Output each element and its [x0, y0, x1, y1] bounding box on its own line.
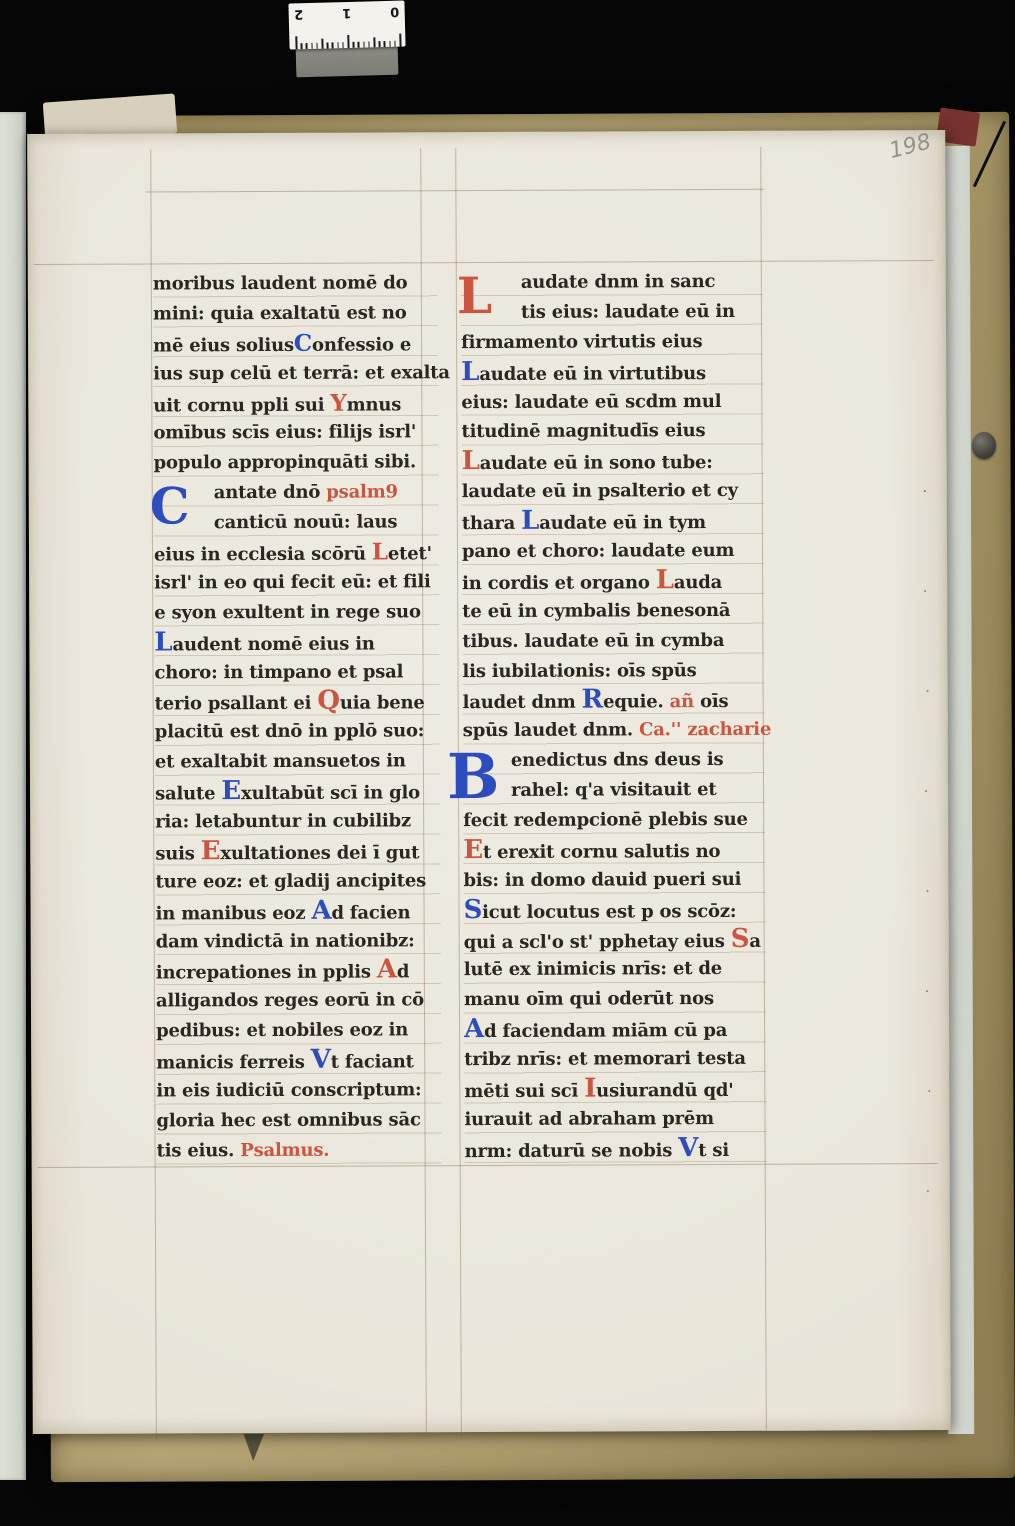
colored-initial: Y [330, 389, 346, 416]
text-segment: psalm9 [326, 482, 398, 503]
colored-initial: A [311, 895, 331, 925]
text-segment: placitū est dnō in pplō suo: [155, 721, 425, 743]
text-segment: canticū nouū: laus [214, 512, 398, 534]
text-line: canticū nouū: laus [154, 507, 439, 538]
text-line: Cantate dnō psalm9 [154, 477, 439, 508]
text-segment: xultationes dei ī gut [220, 842, 419, 864]
text-segment: mnus [347, 394, 402, 415]
text-line: in manibus eoz Ad facien [155, 896, 440, 927]
text-line: laudate eū in psalterio et cy [462, 476, 764, 507]
metal-boss [972, 432, 996, 459]
colored-initial: A [377, 955, 397, 985]
text-line: firmamento virtutis eius [461, 327, 763, 358]
text-segment: firmamento virtutis eius [461, 331, 702, 353]
text-segment: titudinē magnitudīs eius [461, 421, 705, 443]
text-line: thara Laudate eū in tym [462, 506, 764, 537]
text-segment: lutē ex inimicis nrīs: et de [464, 958, 722, 980]
text-segment: fecit redempcionē plebis sue [463, 809, 748, 831]
text-line: bis: in domo dauid pueri sui [463, 865, 765, 896]
text-line: Laudate eū in sono tube: [462, 446, 764, 477]
text-line: dam vindictā in nationibz: [156, 926, 441, 957]
text-segment: et exaltabit mansuetos in [155, 751, 406, 773]
colored-initial: Q [317, 686, 340, 716]
text-segment: in cordis et organo [462, 572, 656, 594]
page-number: 198 [887, 129, 934, 164]
text-line: uit cornu ppli sui Ymnus [153, 388, 438, 419]
colored-initial: A [464, 1014, 484, 1044]
text-segment: audate dnm in sanc [521, 271, 716, 293]
text-segment: pedibus: et nobiles eoz in [156, 1020, 408, 1042]
text-segment: pano et choro: laudate eum [462, 540, 734, 562]
text-segment: d [397, 962, 409, 983]
text-line: ius sup celū et terrā: et exalta [153, 358, 438, 389]
ruler-numeral: 2 [294, 6, 303, 21]
text-segment: tibus. laudate eū in cymba [462, 630, 724, 652]
text-segment: mini: quia exaltatū est no [153, 302, 407, 324]
text-segment: iurauit ad abraham prēm [464, 1108, 714, 1130]
text-line: ria: letabuntur in cubilibz [155, 806, 440, 837]
text-line: laudet dnm Requie. añ oīs [463, 685, 765, 716]
text-segment: ria: letabuntur in cubilibz [155, 810, 411, 832]
text-segment: eius in ecclesia scōrū [154, 544, 372, 566]
text-line: spūs laudet dnm. Ca.'' zacharie [463, 715, 765, 746]
text-segment: in manibus eoz [156, 902, 312, 924]
text-segment: alligandos reges eorū in cō [156, 990, 424, 1012]
text-segment: spūs laudet dnm. [463, 720, 639, 742]
text-line: qui a scl'o st' pphetay eius Sa [464, 924, 766, 955]
text-segment: ture eoz: et gladij ancipites [155, 870, 426, 892]
text-segment: suis [155, 843, 201, 864]
text-segment: antate dnō [214, 482, 327, 503]
text-segment: Psalmus. [240, 1140, 329, 1161]
text-segment: in eis iudiciū conscriptum: [156, 1079, 421, 1101]
text-column-right: Laudate dnm in sanctis eius: laudate eū … [461, 267, 767, 1165]
colored-initial: L [521, 506, 539, 536]
text-segment: onfessio e [312, 334, 411, 355]
text-segment: salute [155, 783, 221, 804]
text-segment: d facien [331, 902, 410, 923]
colored-initial: I [584, 1074, 596, 1104]
ruler-ticks [295, 32, 399, 50]
text-line: Benedictus dns deus is [463, 745, 765, 776]
text-line: Sicut locutus est p os scōz: [463, 894, 765, 925]
text-segment: d faciendam miām cū pa [484, 1020, 727, 1042]
text-segment: t faciant [331, 1051, 414, 1072]
colored-initial: V [311, 1045, 331, 1075]
colored-initial: L [462, 446, 480, 476]
colored-initial: C [294, 330, 312, 357]
text-line: ture eoz: et gladij ancipites [155, 866, 440, 897]
text-line: mēti sui scī Iusiurandū qd' [464, 1074, 766, 1105]
colored-initial: L [372, 538, 388, 565]
text-segment: audate eū in virtutibus [479, 363, 706, 385]
ruler-labels: 210 [294, 4, 398, 23]
text-segment: gloria hec est omnibus sāc [156, 1109, 420, 1131]
manuscript-photo-scene: 210 198 moribus laudent nomē domini: qui… [0, 0, 1015, 1526]
text-line: fecit redempcionē plebis sue [463, 805, 765, 836]
text-line: alligandos reges eorū in cō [156, 986, 441, 1017]
text-segment: te eū in cymbalis benesonā [462, 600, 730, 622]
text-line: pedibus: et nobiles eoz in [156, 1015, 441, 1046]
text-line: pano et choro: laudate eum [462, 536, 764, 567]
text-line: salute Exultabūt scī in glo [155, 776, 440, 807]
text-segment: xultabūt scī in glo [241, 782, 420, 804]
text-segment: populo appropinquāti sibi. [154, 452, 417, 474]
text-segment: nrm: daturū se nobis [465, 1140, 679, 1162]
text-line: mē eius soliusConfessio e [153, 328, 438, 359]
book-cradle-edge [0, 112, 26, 1480]
text-segment: enedictus dns deus is [511, 749, 724, 771]
text-segment: añ [670, 692, 694, 713]
text-segment: laudate eū in psalterio et cy [462, 480, 738, 502]
text-line: in cordis et organo Lauda [462, 566, 764, 597]
text-line: Laudate eū in virtutibus [461, 356, 763, 387]
text-segment: tribz nrīs: et memorari testa [464, 1048, 746, 1070]
text-segment: a [749, 930, 761, 951]
text-line: Laudate dnm in sanc [461, 267, 763, 298]
text-line: tibus. laudate eū in cymba [462, 625, 764, 656]
text-line: terio psallant ei Quia bene [155, 687, 440, 718]
text-segment: mē eius solius [153, 335, 294, 357]
text-line: rahel: q'a visitauit et [463, 775, 765, 806]
text-segment: choro: in timpano et psal [154, 661, 403, 683]
text-segment: etet' [388, 543, 432, 564]
text-line: et exaltabit mansuetos in [155, 746, 440, 777]
text-segment: isrl' in eo qui fecit eū: et fili [154, 571, 431, 593]
text-segment: lis iubilationis: oīs spūs [462, 660, 696, 682]
text-line: manicis ferreis Vt faciant [156, 1045, 441, 1076]
colored-initial: V [678, 1133, 698, 1163]
colored-initial: R [582, 685, 604, 715]
text-line: placitū est dnō in pplō suo: [155, 717, 440, 748]
text-line: lutē ex inimicis nrīs: et de [464, 954, 766, 985]
text-line: Et erexit cornu salutis no [463, 835, 765, 866]
text-line: nrm: daturū se nobis Vt si [465, 1134, 767, 1165]
text-segment: bis: in domo dauid pueri sui [463, 869, 741, 891]
text-line: tribz nrīs: et memorari testa [464, 1044, 766, 1075]
text-line: mini: quia exaltatū est no [153, 298, 438, 329]
text-line: moribus laudent nomē do [153, 268, 438, 299]
colored-initial: S [731, 923, 750, 953]
ruling-line-horizontal [34, 260, 934, 265]
text-line: populo appropinquāti sibi. [154, 448, 439, 479]
text-segment: equie. [603, 692, 670, 713]
text-segment: tis eius. [157, 1140, 241, 1161]
text-segment: eius: laudate eū scdm mul [461, 391, 721, 413]
text-segment: Ca.'' zacharie [639, 719, 771, 741]
text-line: in eis iudiciū conscriptum: [156, 1075, 441, 1106]
text-segment: audate eū in sono tube: [480, 452, 713, 474]
manuscript-page: 198 moribus laudent nomē domini: quia ex… [27, 130, 951, 1434]
text-segment: oīs [694, 691, 729, 712]
text-line: te eū in cymbalis benesonā [462, 596, 764, 627]
text-segment: t si [698, 1140, 729, 1161]
text-segment: qui a scl'o st' pphetay eius [464, 931, 731, 953]
text-segment: laudet dnm [463, 692, 582, 714]
text-line: e syon exultent in rege suo [154, 597, 439, 628]
text-segment: ius sup celū et terrā: et exalta [153, 362, 450, 384]
text-segment: t erexit cornu salutis no [483, 841, 720, 863]
text-segment: uit cornu ppli sui [153, 394, 330, 416]
colored-initial: E [201, 836, 221, 866]
text-segment: rahel: q'a visitauit et [511, 779, 716, 801]
text-line: eius in ecclesia scōrū Letet' [154, 537, 439, 568]
text-column-left: moribus laudent nomē domini: quia exalta… [153, 268, 442, 1166]
colored-initial: L [461, 357, 479, 387]
text-line: tis eius: laudate eū in [461, 297, 763, 328]
pricking-holes [924, 490, 926, 492]
text-line: titudinē magnitudīs eius [461, 416, 763, 447]
text-line: gloria hec est omnibus sāc [156, 1105, 441, 1136]
text-segment: auda [674, 572, 722, 593]
text-segment: dam vindictā in nationibz: [156, 930, 415, 952]
colored-initial: E [463, 835, 483, 865]
text-line: iurauit ad abraham prēm [464, 1104, 766, 1135]
ruling-line-horizontal [145, 189, 763, 193]
text-segment: e syon exultent in rege suo [154, 601, 421, 623]
text-line: manu oīm qui oderūt nos [464, 984, 766, 1015]
colored-initial: S [463, 895, 482, 925]
text-segment: terio psallant ei [155, 693, 318, 715]
text-segment: icut locutus est p os scōz: [482, 901, 736, 923]
text-line: Laudent nomē eius in [154, 627, 439, 658]
measuring-ruler: 210 [288, 0, 405, 49]
text-segment: usiurandū qd' [596, 1080, 733, 1102]
text-line: Ad faciendam miām cū pa [464, 1014, 766, 1045]
text-segment: omībus scīs eius: filijs isrl' [153, 422, 416, 444]
text-line: suis Exultationes dei ī gut [155, 836, 440, 867]
text-line: omībus scīs eius: filijs isrl' [153, 418, 438, 449]
text-segment: manu oīm qui oderūt nos [464, 988, 714, 1010]
text-line: isrl' in eo qui fecit eū: et fili [154, 567, 439, 598]
text-segment: audent nomē eius in [172, 633, 374, 655]
text-line: eius: laudate eū scdm mul [461, 386, 763, 417]
text-segment: manicis ferreis [156, 1052, 311, 1074]
text-segment: uia bene [340, 693, 425, 714]
text-segment: moribus laudent nomē do [153, 272, 408, 294]
text-line: lis iubilationis: oīs spūs [462, 655, 764, 686]
colored-initial: E [221, 776, 241, 806]
colored-initial: L [656, 565, 674, 595]
text-segment: audate eū in tym [539, 512, 706, 534]
ruler-numeral: 0 [390, 4, 399, 19]
ruler-numeral: 1 [342, 5, 351, 20]
text-segment: mēti sui scī [464, 1081, 584, 1103]
text-line: choro: in timpano et psal [154, 657, 439, 688]
text-segment: increpationes in pplis [156, 962, 377, 984]
text-line: tis eius. Psalmus. [157, 1135, 442, 1166]
text-segment: thara [462, 513, 521, 534]
text-line: increpationes in pplis Ad [156, 956, 441, 987]
colored-initial: L [154, 627, 172, 657]
text-segment: tis eius: laudate eū in [521, 301, 735, 323]
